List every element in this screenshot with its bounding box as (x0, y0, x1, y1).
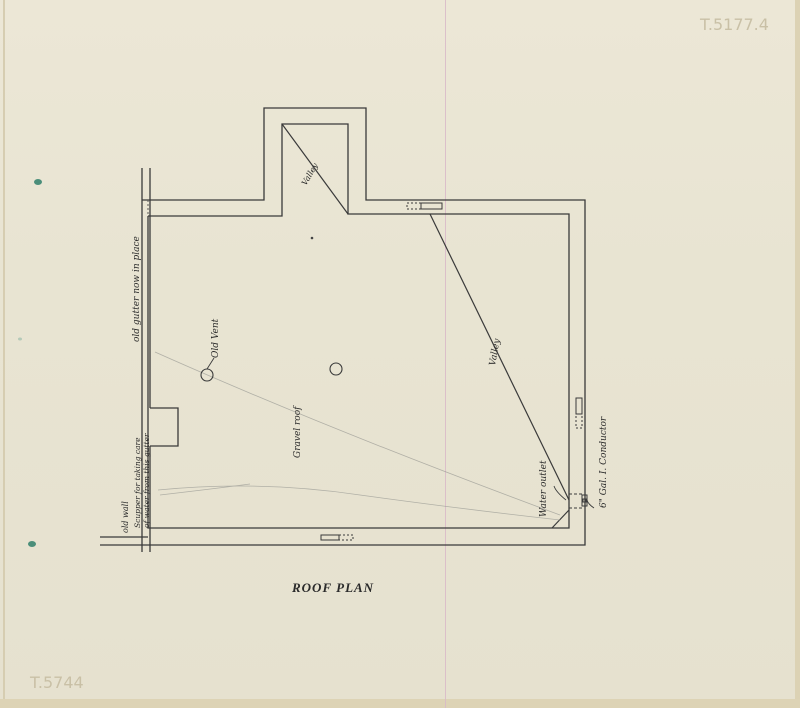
label-valley-large: Valley (488, 337, 503, 366)
valley-lines (282, 124, 569, 528)
pushpin-marks (18, 179, 42, 547)
label-scupper-line1: Scupper for taking care (133, 437, 142, 528)
roof-plan-drawing: T.5177.4 T.5744 (0, 0, 800, 708)
drawing-sheet: T.5177.4 T.5744 (0, 0, 800, 708)
label-old-vent: Old Vent (211, 318, 221, 358)
label-scupper-line2: of water from this gutter (142, 433, 151, 528)
catalog-stamp-bottom: T.5744 (29, 673, 84, 692)
catalog-stamp-top: T.5177.4 (699, 15, 769, 34)
water-outlet-conductor (569, 494, 587, 508)
scupper-right (576, 398, 582, 428)
scupper-top (407, 203, 442, 209)
drawing-title: ROOF PLAN (291, 580, 374, 595)
label-conductor: 6" Gal. I. Conductor (599, 416, 609, 508)
label-water-outlet: Water outlet (539, 460, 549, 517)
scupper-bottom (321, 535, 353, 540)
wall-outlines (100, 108, 585, 552)
label-gravel-roof: Gravel roof (293, 405, 303, 458)
label-old-wall: old wall (121, 501, 130, 533)
label-valley-small: Valley (300, 161, 320, 187)
label-old-gutter: old gutter now in place (132, 236, 142, 342)
pencil-sketch-lines (155, 352, 560, 520)
vent-icon (330, 363, 342, 375)
center-mark-icon (311, 237, 314, 240)
